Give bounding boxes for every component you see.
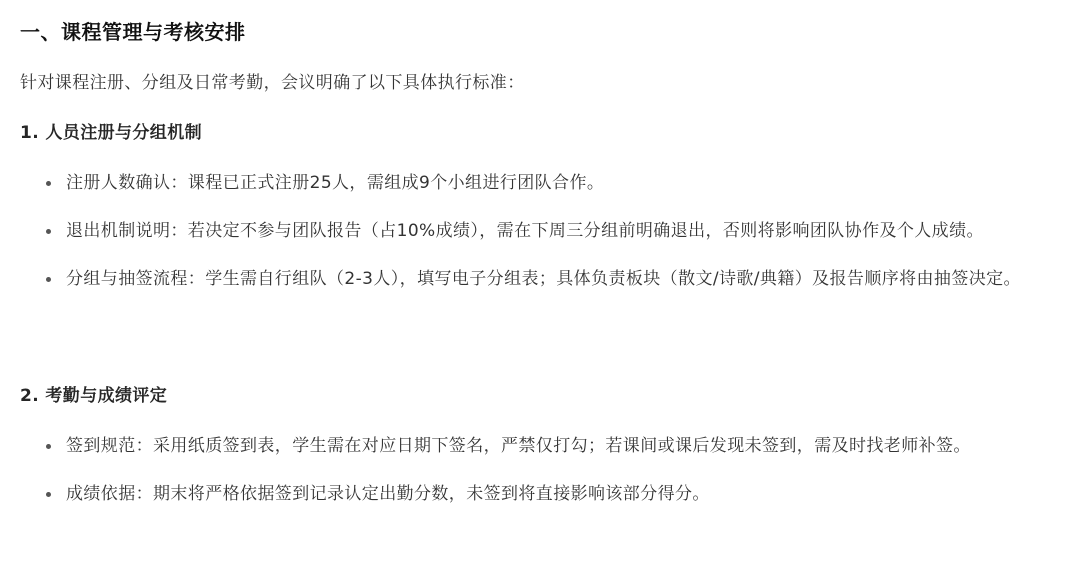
list-item-text: 注册人数确认：课程已正式注册25人，需组成9个小组进行团队合作。 (66, 173, 604, 193)
bullet-list-registration: 注册人数确认：课程已正式注册25人，需组成9个小组进行团队合作。 退出机制说明：… (44, 168, 1054, 295)
list-item: 退出机制说明：若决定不参与团队报告（占10%成绩），需在下周三分组前明确退出，否… (44, 216, 1054, 247)
bullet-icon (46, 229, 51, 234)
list-item: 成绩依据：期末将严格依据签到记录认定出勤分数，未签到将直接影响该部分得分。 (44, 479, 1054, 510)
bullet-icon (46, 277, 51, 282)
list-item: 分组与抽签流程：学生需自行组队（2-3人），填写电子分组表；具体负责板块（散文/… (44, 264, 1054, 295)
list-item-text: 成绩依据：期末将严格依据签到记录认定出勤分数，未签到将直接影响该部分得分。 (66, 484, 710, 504)
section-title: 一、课程管理与考核安排 (20, 18, 246, 46)
subsection-heading-attendance: 2. 考勤与成绩评定 (20, 384, 167, 408)
list-item: 签到规范：采用纸质签到表，学生需在对应日期下签名，严禁仅打勾；若课间或课后发现未… (44, 431, 1054, 462)
bullet-icon (46, 492, 51, 497)
list-item-text: 退出机制说明：若决定不参与团队报告（占10%成绩），需在下周三分组前明确退出，否… (66, 221, 984, 241)
list-item-text: 签到规范：采用纸质签到表，学生需在对应日期下签名，严禁仅打勾；若课间或课后发现未… (66, 436, 971, 456)
list-item-text: 分组与抽签流程：学生需自行组队（2-3人），填写电子分组表；具体负责板块（散文/… (66, 269, 1021, 289)
bullet-list-attendance: 签到规范：采用纸质签到表，学生需在对应日期下签名，严禁仅打勾；若课间或课后发现未… (44, 431, 1054, 510)
subsection-heading-registration: 1. 人员注册与分组机制 (20, 121, 202, 145)
section-intro: 针对课程注册、分组及日常考勤，会议明确了以下具体执行标准： (20, 71, 525, 95)
bullet-icon (46, 181, 51, 186)
list-item: 注册人数确认：课程已正式注册25人，需组成9个小组进行团队合作。 (44, 168, 1054, 199)
bullet-icon (46, 444, 51, 449)
